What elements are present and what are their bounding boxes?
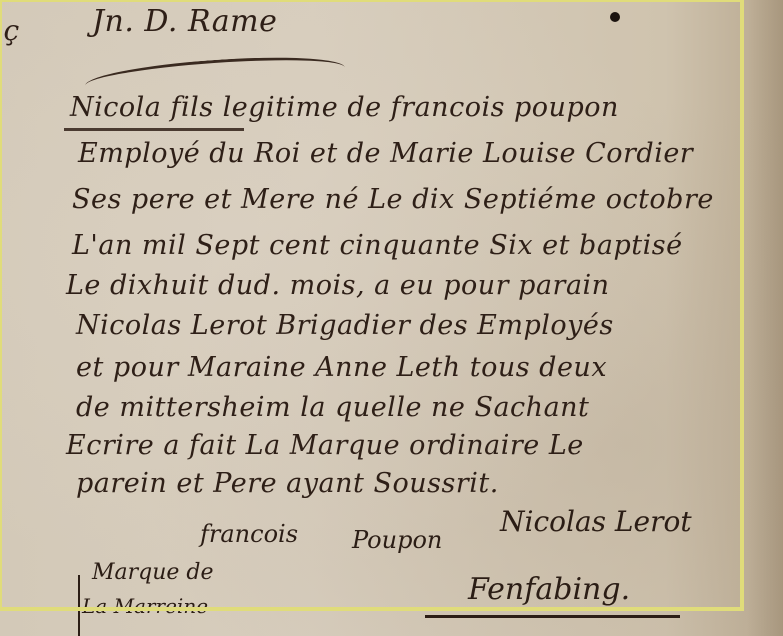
page-edge-shadow xyxy=(747,0,783,636)
signature-godfather: Nicolas Lerot xyxy=(500,505,692,538)
body-line-3: Ses pere et Mere né Le dix Septiéme octo… xyxy=(72,184,714,215)
signature-father-surname: Poupon xyxy=(352,526,442,554)
mark-label-1: Marque de xyxy=(92,560,214,585)
body-line-10: parein et Pere ayant Soussrit. xyxy=(76,468,499,499)
mark-bracket xyxy=(78,575,80,636)
body-line-5: Le dixhuit dud. mois, a eu pour parain xyxy=(66,270,610,301)
header-signature: Jn. D. Rame xyxy=(92,4,277,39)
body-line-8: de mittersheim la quelle ne Sachant xyxy=(76,392,589,423)
ink-spot xyxy=(610,12,620,22)
mark-label-2: La Marreine xyxy=(82,594,208,618)
name-underline xyxy=(64,128,244,131)
body-line-2: Employé du Roi et de Marie Louise Cordie… xyxy=(78,138,693,169)
body-line-1: Nicola fils legitime de francois poupon xyxy=(70,92,619,123)
margin-fragment: iç xyxy=(0,14,20,47)
body-line-6: Nicolas Lerot Brigadier des Employés xyxy=(76,310,614,341)
body-line-7: et pour Maraine Anne Leth tous deux xyxy=(76,352,607,383)
body-line-9: Ecrire a fait La Marque ordinaire Le xyxy=(66,430,584,461)
signature-underline xyxy=(425,615,680,618)
body-line-4: L'an mil Sept cent cinquante Six et bapt… xyxy=(72,230,683,261)
signature-father: francois xyxy=(200,520,298,548)
signature-priest: Fenfabing. xyxy=(468,572,630,607)
